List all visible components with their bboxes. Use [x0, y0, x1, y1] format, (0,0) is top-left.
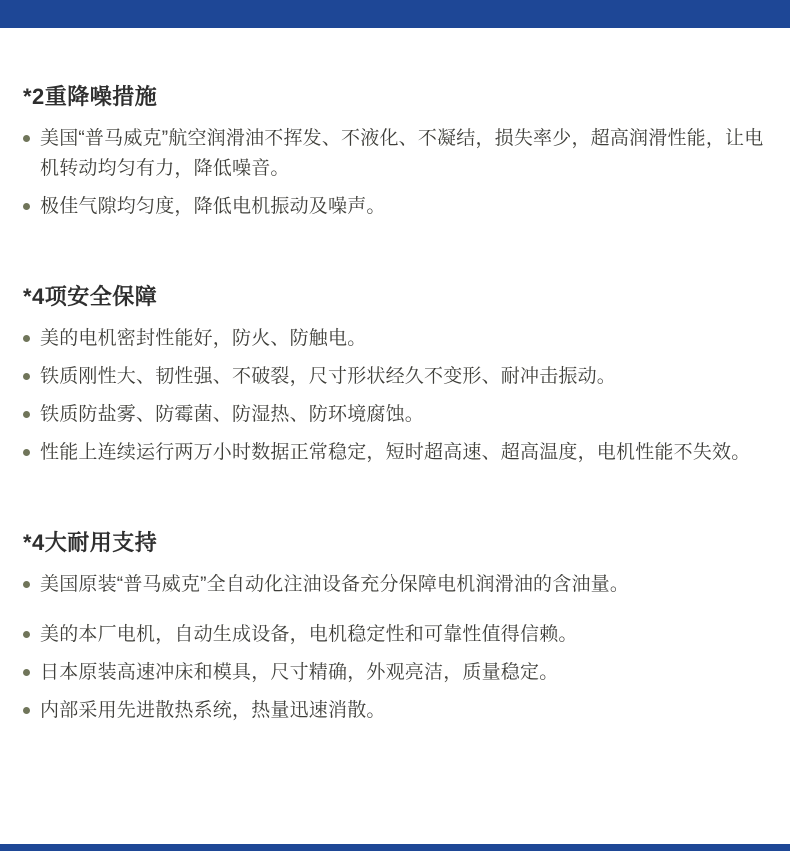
list-item: 铁质防盐雾、防霉菌、防湿热、防环境腐蚀。	[23, 400, 768, 430]
bullet-list: 美国原装“普马威克”全自动化注油设备充分保障电机润滑油的含油量。 美的本厂电机，…	[23, 570, 768, 726]
bullet-text: 极佳气隙均匀度，降低电机振动及噪声。	[40, 192, 768, 222]
bottom-divider-bar	[0, 844, 790, 851]
bullet-text: 铁质刚性大、韧性强、不破裂，尺寸形状经久不变形、耐冲击振动。	[40, 362, 768, 392]
section-title: *4大耐用支持	[23, 528, 768, 558]
bullet-text: 内部采用先进散热系统，热量迅速消散。	[40, 696, 768, 726]
section-durability: *4大耐用支持 美国原装“普马威克”全自动化注油设备充分保障电机润滑油的含油量。…	[23, 528, 768, 726]
list-item: 极佳气隙均匀度，降低电机振动及噪声。	[23, 192, 768, 222]
bullet-dot-icon	[23, 411, 30, 418]
section-noise-reduction: *2重降噪措施 美国“普马威克”航空润滑油不挥发、不液化、不凝结，损失率少，超高…	[23, 82, 768, 222]
bullet-text: 性能上连续运行两万小时数据正常稳定，短时超高速、超高温度，电机性能不失效。	[40, 438, 768, 468]
section-title: *4项安全保障	[23, 282, 768, 312]
list-item: 美的电机密封性能好，防火、防触电。	[23, 324, 768, 354]
bullet-dot-icon	[23, 631, 30, 638]
bullet-dot-icon	[23, 135, 30, 142]
bullet-text: 美国“普马威克”航空润滑油不挥发、不液化、不凝结，损失率少，超高润滑性能，让电机…	[40, 124, 768, 184]
bullet-dot-icon	[23, 581, 30, 588]
list-item: 性能上连续运行两万小时数据正常稳定，短时超高速、超高温度，电机性能不失效。	[23, 438, 768, 468]
bullet-text: 美国原装“普马威克”全自动化注油设备充分保障电机润滑油的含油量。	[40, 570, 768, 600]
list-item: 美的本厂电机，自动生成设备，电机稳定性和可靠性值得信赖。	[23, 620, 768, 650]
bullet-dot-icon	[23, 373, 30, 380]
content: *2重降噪措施 美国“普马威克”航空润滑油不挥发、不液化、不凝结，损失率少，超高…	[0, 82, 790, 726]
bullet-list: 美国“普马威克”航空润滑油不挥发、不液化、不凝结，损失率少，超高润滑性能，让电机…	[23, 124, 768, 222]
bullet-text: 铁质防盐雾、防霉菌、防湿热、防环境腐蚀。	[40, 400, 768, 430]
product-detail-page: *2重降噪措施 美国“普马威克”航空润滑油不挥发、不液化、不凝结，损失率少，超高…	[0, 0, 790, 851]
bullet-dot-icon	[23, 449, 30, 456]
bullet-dot-icon	[23, 707, 30, 714]
bullet-dot-icon	[23, 335, 30, 342]
bullet-dot-icon	[23, 669, 30, 676]
section-safety: *4项安全保障 美的电机密封性能好，防火、防触电。 铁质刚性大、韧性强、不破裂，…	[23, 282, 768, 468]
bullet-dot-icon	[23, 203, 30, 210]
top-divider-bar	[0, 0, 790, 28]
bullet-text: 日本原装高速冲床和模具，尺寸精确，外观亮洁，质量稳定。	[40, 658, 768, 688]
list-item: 日本原装高速冲床和模具，尺寸精确，外观亮洁，质量稳定。	[23, 658, 768, 688]
list-item: 美国“普马威克”航空润滑油不挥发、不液化、不凝结，损失率少，超高润滑性能，让电机…	[23, 124, 768, 184]
bullet-text: 美的电机密封性能好，防火、防触电。	[40, 324, 768, 354]
list-item: 内部采用先进散热系统，热量迅速消散。	[23, 696, 768, 726]
bullet-list: 美的电机密封性能好，防火、防触电。 铁质刚性大、韧性强、不破裂，尺寸形状经久不变…	[23, 324, 768, 468]
list-item: 铁质刚性大、韧性强、不破裂，尺寸形状经久不变形、耐冲击振动。	[23, 362, 768, 392]
section-title: *2重降噪措施	[23, 82, 768, 112]
bullet-text: 美的本厂电机，自动生成设备，电机稳定性和可靠性值得信赖。	[40, 620, 768, 650]
list-item: 美国原装“普马威克”全自动化注油设备充分保障电机润滑油的含油量。	[23, 570, 768, 600]
